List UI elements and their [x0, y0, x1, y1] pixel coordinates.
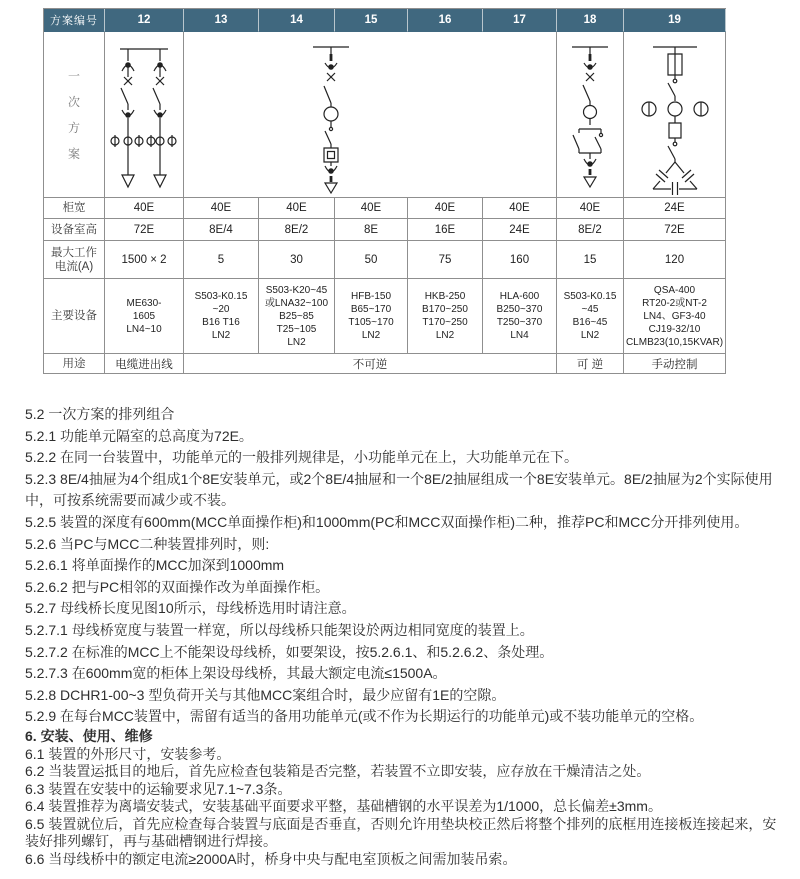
single-line-diagram-cable-feeder-icon [105, 35, 183, 195]
max-current-value: 15 [557, 241, 624, 279]
scheme-number-12: 12 [105, 9, 184, 32]
usage-irreversible: 不可逆 [184, 354, 557, 374]
cabinet-width-value: 40E [259, 198, 335, 219]
clause-6-3: 6.3 装置在安装中的运输要求见7.1~7.3条。 [25, 781, 781, 799]
single-line-diagram-capacitor-bank-icon [625, 35, 725, 195]
usage-reversible: 可 逆 [557, 354, 624, 374]
clause-5-2-7-3: 5.2.7.3 在600mm宽的柜体上架设母线桥，其最大额定电流≤1500A。 [25, 663, 781, 685]
main-equipment-value: S503-K0.15 ~45 B16~45 LN2 [557, 279, 624, 354]
clause-5-2-7-1: 5.2.7.1 母线桥宽度与装置一样宽，所以母线桥只能架设於两边相同宽度的装置上… [25, 620, 781, 642]
scheme-number-16: 16 [408, 9, 483, 32]
scheme-number-13: 13 [184, 9, 259, 32]
max-current-value: 5 [184, 241, 259, 279]
clause-5-2-3: 5.2.3 8E/4抽屉为4个组成1个8E安装单元，或2个8E/4抽屉和一个8E… [25, 469, 781, 512]
clause-5-2-6-1: 5.2.6.1 将单面操作的MCC加深到1000mm [25, 555, 781, 577]
cabinet-width-value: 40E [335, 198, 408, 219]
max-current-value: 1500 × 2 [105, 241, 184, 279]
max-current-value: 75 [408, 241, 483, 279]
section-6: 6. 安装、使用、维修 6.1 装置的外形尺寸，安装参考。 6.2 当装置运抵目… [25, 728, 781, 869]
document-page: 方案编号 12 13 14 15 16 17 18 19 一 次 方 案 [0, 0, 800, 879]
row-label-main-equipment: 主要设备 [44, 279, 105, 354]
clause-5-2-6-2: 5.2.6.2 把与PC相邻的双面操作改为单面操作柜。 [25, 577, 781, 599]
max-current-value: 160 [483, 241, 557, 279]
section-5-2-heading: 5.2 一次方案的排列组合 [25, 404, 781, 426]
clause-5-2-7: 5.2.7 母线桥长度见图10所示，母线桥选用时请注意。 [25, 598, 781, 620]
diagram-cell-scheme-18 [557, 32, 624, 198]
room-height-value: 8E/2 [557, 219, 624, 241]
main-equipment-value: HFB-150 B65~170 T105~170 LN2 [335, 279, 408, 354]
row-label-cabinet-width: 柜宽 [44, 198, 105, 219]
scheme-number-19: 19 [624, 9, 726, 32]
main-equipment-value: QSA-400 RT20-2或NT-2 LN4、GF3-40 CJ19-32/1… [624, 279, 726, 354]
scheme-number-17: 17 [483, 9, 557, 32]
usage-cable-inout: 电缆进出线 [105, 354, 184, 374]
max-current-value: 120 [624, 241, 726, 279]
cabinet-width-value: 40E [483, 198, 557, 219]
body-text: 5.2 一次方案的排列组合 5.2.1 功能单元隔室的总高度为72E。 5.2.… [25, 404, 781, 869]
room-height-value: 16E [408, 219, 483, 241]
clause-6-4: 6.4 装置推荐为离墙安装式，安装基础平面要求平整，基础槽钢的水平误差为1/10… [25, 798, 781, 816]
clause-5-2-8: 5.2.8 DCHR1-00~3 型负荷开关与其他MCC案组合时，最少应留有1E… [25, 685, 781, 707]
clause-5-2-6: 5.2.6 当PC与MCC二种装置排列时，则: [25, 534, 781, 556]
scheme-number-15: 15 [335, 9, 408, 32]
clause-5-2-7-2: 5.2.7.2 在标准的MCC上不能架设母线桥，如要架设，按5.2.6.1、和5… [25, 642, 781, 664]
section-5-2: 5.2 一次方案的排列组合 5.2.1 功能单元隔室的总高度为72E。 5.2.… [25, 404, 781, 728]
single-line-diagram-motor-feeder-icon [301, 35, 361, 195]
room-height-value: 8E [335, 219, 408, 241]
clause-5-2-1: 5.2.1 功能单元隔室的总高度为72E。 [25, 426, 781, 448]
cabinet-width-value: 40E [184, 198, 259, 219]
max-current-value: 50 [335, 241, 408, 279]
main-equipment-value: S503-K20~45 或LNA32~100 B25~85 T25~105 LN… [259, 279, 335, 354]
room-height-value: 8E/4 [184, 219, 259, 241]
scheme-table: 方案编号 12 13 14 15 16 17 18 19 一 次 方 案 [43, 8, 726, 374]
row-label-max-current: 最大工作 电流(A) [44, 241, 105, 279]
primary-scheme-row-label: 一 次 方 案 [44, 32, 105, 198]
cabinet-width-value: 40E [557, 198, 624, 219]
room-height-value: 72E [624, 219, 726, 241]
primary-scheme-label-text: 一 次 方 案 [68, 63, 80, 167]
section-6-heading: 6. 安装、使用、维修 [25, 728, 781, 746]
main-equipment-value: S503-K0.15 ~20 B16 T16 LN2 [184, 279, 259, 354]
room-height-value: 72E [105, 219, 184, 241]
cabinet-width-value: 24E [624, 198, 726, 219]
scheme-number-14: 14 [259, 9, 335, 32]
max-current-value: 30 [259, 241, 335, 279]
clause-6-6: 6.6 当母线桥中的额定电流≥2000A时，桥身中央与配电室顶板之间需加装吊索。 [25, 851, 781, 869]
clause-6-5: 6.5 装置就位后，首先应检查每合装置与底面是否垂直，否则允许用垫块校正然后将整… [25, 816, 781, 851]
main-equipment-value: HLA-600 B250~370 T250~370 LN4 [483, 279, 557, 354]
diagram-cell-schemes-13-17 [184, 32, 557, 198]
diagram-cell-scheme-19 [624, 32, 726, 198]
main-equipment-value: HKB-250 B170~250 T170~250 LN2 [408, 279, 483, 354]
room-height-value: 8E/2 [259, 219, 335, 241]
scheme-number-18: 18 [557, 9, 624, 32]
room-height-value: 24E [483, 219, 557, 241]
table-corner-label: 方案编号 [44, 9, 105, 32]
cabinet-width-value: 40E [408, 198, 483, 219]
clause-5-2-9: 5.2.9 在每台MCC装置中，需留有适当的备用功能单元(或不作为长期运行的功能… [25, 706, 781, 728]
usage-manual-control: 手动控制 [624, 354, 726, 374]
cabinet-width-value: 40E [105, 198, 184, 219]
main-equipment-value: ME630- 1605 LN4~10 [105, 279, 184, 354]
clause-5-2-5: 5.2.5 装置的深度有600mm(MCC单面操作柜)和1000mm(PC和MC… [25, 512, 781, 534]
clause-6-2: 6.2 当装置运抵目的地后，首先应检查包装箱是否完整，若装置不立即安装，应存放在… [25, 763, 781, 781]
single-line-diagram-reversible-feeder-icon [557, 35, 623, 195]
diagram-cell-scheme-12 [105, 32, 184, 198]
row-label-usage: 用途 [44, 354, 105, 374]
row-label-room-height: 设备室高 [44, 219, 105, 241]
clause-5-2-2: 5.2.2 在同一台装置中，功能单元的一般排列规律是，小功能单元在上，大功能单元… [25, 447, 781, 469]
clause-6-1: 6.1 装置的外形尺寸，安装参考。 [25, 746, 781, 764]
